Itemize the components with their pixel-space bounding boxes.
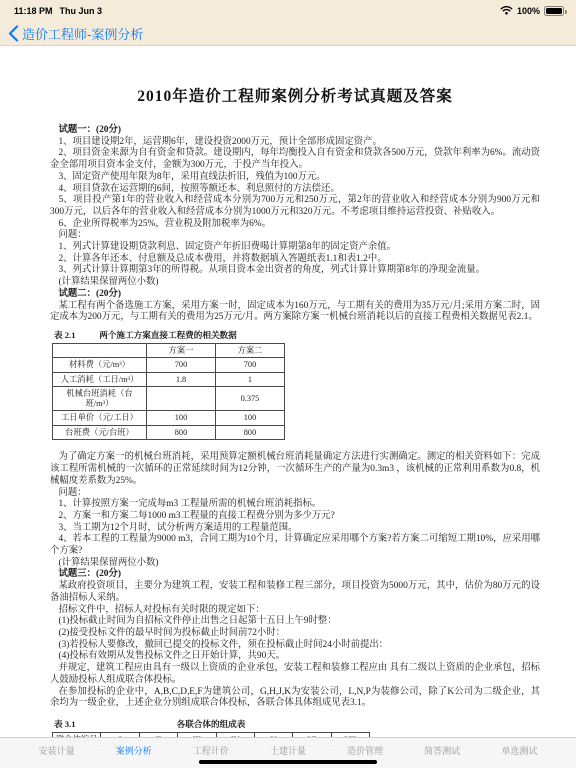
status-bar: 11:18 PMThu Jun 3 100%: [0, 0, 576, 20]
table-row: 机械台班消耗（台班/m³）0.375: [53, 387, 285, 411]
document-page[interactable]: 2010年造价工程师案例分析考试真题及答案 试题一：(20分)1、项目建设期2年…: [0, 46, 576, 768]
table-header-cell: 方案一: [147, 343, 216, 358]
doc-paragraph: (3)若投标人要修改，撤回已提交的投标文件，须在投标截止时间24小时前提出：: [50, 640, 540, 652]
table-header-cell: [53, 343, 147, 358]
doc-paragraph: 问题：: [50, 230, 540, 242]
top-bars: 11:18 PMThu Jun 3 100%: [0, 0, 576, 46]
back-button[interactable]: 造价工程师-案例分析: [8, 24, 143, 43]
table-cell: 材料费（元/m³）: [53, 358, 147, 373]
doc-paragraph: 在参加投标的企业中，A,B,C,D,E,F为建筑公司，G,H,J,K为安装公司，…: [50, 687, 540, 710]
table-cell: 800: [216, 425, 285, 440]
status-time: 11:18 PM: [14, 6, 53, 16]
battery-percent: 100%: [517, 6, 540, 16]
doc-paragraph: (计算结果保留两位小数): [50, 558, 540, 570]
tab-engineering-pricing[interactable]: 工程计价: [193, 744, 229, 757]
nav-bar: 造价工程师-案例分析: [0, 20, 576, 46]
table-cell: 100: [216, 411, 285, 426]
doc-paragraph: (1)投标截止时间为自招标文件停止出售之日起第十五日上午9时整：: [50, 616, 540, 628]
doc-paragraph: 并规定，建筑工程应由具有一级以上资质的企业承包，安装工程和装修工程应由 具有二级…: [50, 663, 540, 686]
doc-paragraph: 1、项目建设期2年，运营期6年，建设投资2000万元，预计全部形成固定资产。: [50, 137, 540, 149]
table-2-1-title: 两个施工方案直接工程费的相关数据: [52, 329, 284, 341]
tab-cost-management[interactable]: 造价管理: [347, 744, 383, 757]
battery-icon: [544, 6, 564, 16]
table-header-cell: 方案二: [216, 343, 285, 358]
doc-paragraph: 2、方案一和方案二每1000 m3工程量的直接工程费分别为多少万元?: [50, 511, 540, 523]
table-cell: 台班费（元/台班）: [53, 425, 147, 440]
doc-paragraph: 5、项目投产第1年的营业收入和经营成本分别为700万元和250万元，第2年的营业…: [50, 195, 540, 218]
doc-section-2: 为了确定方案一的机械台班消耗，采用预算定额机械台班消耗量确定方法进行实测确定。测…: [50, 452, 540, 709]
document-title: 2010年造价工程师案例分析考试真题及答案: [50, 84, 540, 106]
doc-paragraph: 试题二：(20分): [50, 289, 540, 301]
chevron-left-icon: [8, 25, 19, 42]
doc-paragraph: (4)投标有效期从发售投标文件之日开始计算，共90天。: [50, 651, 540, 663]
table-cell: 700: [147, 358, 216, 373]
doc-paragraph: 2、项目资金来源为自有资金和贷款。建设期内，每年均衡投入自有资金和贷款各500万…: [50, 148, 540, 171]
doc-paragraph: 试题三：(20分): [50, 569, 540, 581]
doc-paragraph: 为了确定方案一的机械台班消耗，采用预算定额机械台班消耗量确定方法进行实测确定。测…: [50, 452, 540, 487]
doc-paragraph: 招标文件中，招标人对投标有关时限的规定如下：: [50, 605, 540, 617]
tab-single-choice-quiz[interactable]: 单选测试: [501, 744, 537, 757]
tab-civil-measurement[interactable]: 土建计量: [270, 744, 306, 757]
doc-paragraph: 1、计算按照方案一完成每m3 工程量所需的机械台班消耗指标。: [50, 499, 540, 511]
table-2-1: 表 2.1 两个施工方案直接工程费的相关数据 方案一方案二材料费（元/m³）70…: [52, 329, 540, 441]
table-row: 台班费（元/台班）800800: [53, 425, 285, 440]
doc-paragraph: 1、列式计算建设期贷款利息、固定资产年折旧费喝计算期第8年的固定资产余值。: [50, 242, 540, 254]
tab-case-analysis[interactable]: 案例分析: [116, 744, 152, 757]
doc-paragraph: 问题：: [50, 488, 540, 500]
status-right: 100%: [500, 5, 564, 17]
doc-paragraph: 4、项目贷款在运营期的6间，按照等额还本、利息照付的方法偿还。: [50, 184, 540, 196]
table-row: 工日单价（元/工日）100100: [53, 411, 285, 426]
table-cell: 1: [216, 372, 285, 387]
table-cell: 0.375: [216, 387, 285, 411]
doc-paragraph: 某政府投资项目，主要分为建筑工程，安装工程和装修工程三部分，项目投资为5000万…: [50, 581, 540, 604]
table-cell: 人工消耗（工日/m³）: [53, 372, 147, 387]
table-cell: 机械台班消耗（台班/m³）: [53, 387, 147, 411]
table-cell: [147, 387, 216, 411]
table-2-1-caption: 表 2.1 两个施工方案直接工程费的相关数据: [52, 329, 540, 342]
doc-paragraph: 3、固定资产使用年限为8年，采用直线法折旧，残值为100万元。: [50, 172, 540, 184]
table-2-1-grid: 方案一方案二材料费（元/m³）700700人工消耗（工日/m³）1.81机械台班…: [52, 343, 285, 441]
table-row: 人工消耗（工日/m³）1.81: [53, 372, 285, 387]
ipad-screen: 11:18 PMThu Jun 3 100%: [0, 0, 576, 768]
doc-section-1: 试题一：(20分)1、项目建设期2年，运营期6年，建设投资2000万元，预计全部…: [50, 125, 540, 324]
table-cell: 工日单价（元/工日）: [53, 411, 147, 426]
doc-paragraph: 4、若本工程的工程量为9000 m3，合同工期为10个月，计算确定应采用哪个方案…: [50, 534, 540, 557]
table-3-1-title: 各联合体的组成表: [52, 718, 370, 730]
home-indicator[interactable]: [199, 760, 377, 765]
back-label: 造价工程师-案例分析: [22, 24, 143, 43]
table-row: 材料费（元/m³）700700: [53, 358, 285, 373]
table-cell: 1.8: [147, 372, 216, 387]
table-3-1-caption: 表 3.1 各联合体的组成表: [52, 718, 540, 731]
table-cell: 100: [147, 411, 216, 426]
table-cell: 700: [216, 358, 285, 373]
wifi-icon: [500, 5, 513, 17]
doc-paragraph: 试题一：(20分): [50, 125, 540, 137]
doc-paragraph: 3、当工期为12个月时，试分析两方案适用的工程量范围。: [50, 523, 540, 535]
status-left: 11:18 PMThu Jun 3: [14, 6, 109, 16]
tab-short-answer-quiz[interactable]: 简答测试: [424, 744, 460, 757]
doc-paragraph: (2)接受投标文件的最早时间为投标截止时间前72小时：: [50, 628, 540, 640]
doc-paragraph: 2、计算各年还本、付息额及总成本费用，并将数据填入答题纸表1.1和表1.2中。: [50, 254, 540, 266]
status-date: Thu Jun 3: [60, 6, 103, 16]
table-cell: 800: [147, 425, 216, 440]
doc-paragraph: (计算结果保留两位小数): [50, 277, 540, 289]
tab-install-measurement[interactable]: 安装计量: [39, 744, 75, 757]
doc-paragraph: 某工程有两个备选施工方案，采用方案一时，固定成本为160万元，与工期有关的费用为…: [50, 301, 540, 324]
doc-paragraph: 6、企业所得税率为25%，营业税及附加税率为6%。: [50, 219, 540, 231]
doc-paragraph: 3、列式计算计算期第3年的所得税。从项目资本金出资者的角度，列式计算计算期第8年…: [50, 265, 540, 277]
